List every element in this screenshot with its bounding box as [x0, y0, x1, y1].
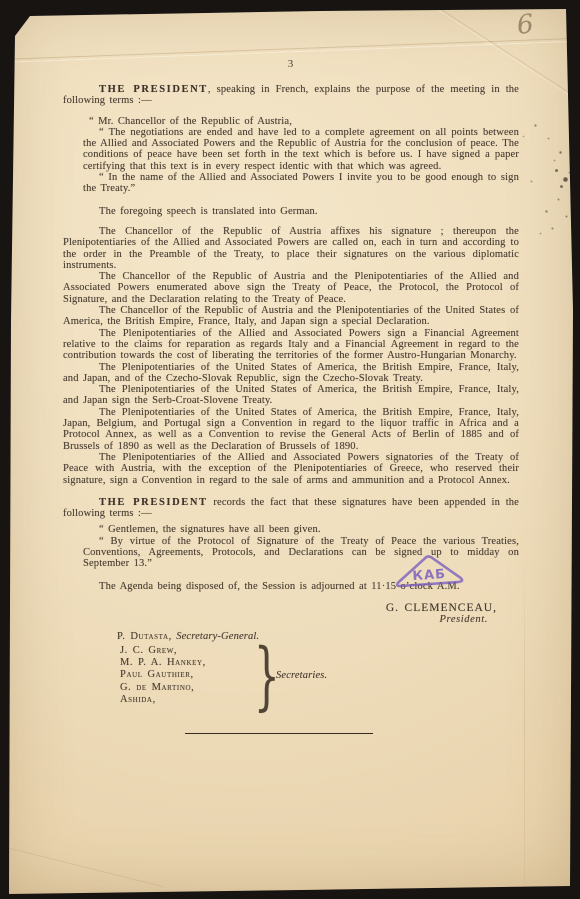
- paragraph-body: The Plenipotentiaries of the Allied and …: [63, 452, 519, 486]
- paragraph-records: THE PRESIDENT records the fact that thes…: [63, 497, 519, 520]
- secretary-name: M. P. A. Hankey,: [120, 657, 248, 669]
- stamp-text: КАБ: [412, 567, 447, 584]
- secretary-name: J. C. Grew,: [120, 645, 248, 657]
- secretary-name: Paul Gauthier,: [120, 669, 248, 681]
- president-name: G. CLEMENCEAU,: [63, 603, 519, 614]
- cyrillic-triangle-stamp: КАБ: [390, 549, 469, 594]
- speech-invitation: “ In the name of the Allied and Associat…: [83, 172, 519, 195]
- brace-glyph: }: [254, 646, 268, 706]
- speech-gentlemen: “ Gentlemen, the signatures have all bee…: [83, 524, 519, 535]
- speaker-label: THE PRESIDENT: [99, 497, 208, 508]
- page-number: 3: [63, 58, 519, 70]
- paragraph-body: The Chancellor of the Republic of Austri…: [63, 271, 519, 305]
- paragraph-body: The Plenipotentiaries of the Allied and …: [63, 328, 519, 362]
- secretaries-block: J. C. Grew, M. P. A. Hankey, Paul Gauthi…: [120, 645, 519, 706]
- secretary-name: G. de Martino,: [120, 682, 248, 694]
- paragraph-body: The Chancellor of the Republic of Austri…: [63, 305, 519, 328]
- paragraph-opening: THE PRESIDENT, speaking in French, expla…: [63, 84, 519, 107]
- secretary-general-title: Secretary-General.: [176, 631, 259, 642]
- president-signature: G. CLEMENCEAU, President.: [63, 603, 519, 626]
- secretary-general-name: P. Dutasta,: [117, 631, 172, 642]
- paragraph-translated: The foregoing speech is translated into …: [63, 206, 519, 217]
- secretary-general-line: P. Dutasta, Secretary-General.: [117, 631, 519, 642]
- scanned-paper-sheet: 6 3 THE PRESIDENT, speaking in French, e…: [0, 0, 580, 899]
- ink-speckles: [0, 0, 1, 1]
- proceedings-block: The Chancellor of the Republic of Austri…: [63, 226, 519, 486]
- document-body: THE PRESIDENT, speaking in French, expla…: [63, 84, 519, 734]
- secretaries-names: J. C. Grew, M. P. A. Hankey, Paul Gauthi…: [120, 645, 248, 706]
- closing-rule: [185, 733, 373, 734]
- speech-negotiations: “ The negotiations are ended and have le…: [83, 127, 519, 172]
- paper-crease-bottom-left: [0, 838, 164, 888]
- secretary-name: Ashida,: [120, 694, 248, 706]
- quoted-speech-block: “ Mr. Chancellor of the Republic of Aust…: [83, 116, 519, 195]
- president-title: President.: [63, 614, 519, 625]
- paragraph-body: The Plenipotentiaries of the United Stat…: [63, 362, 519, 385]
- paragraph-body: The Chancellor of the Republic of Austri…: [63, 226, 519, 271]
- speaker-label: THE PRESIDENT: [99, 84, 208, 95]
- paper-crease-right: [524, 540, 525, 899]
- speech-salutation: “ Mr. Chancellor of the Republic of Aust…: [83, 116, 519, 127]
- paragraph-body: The Plenipotentiaries of the United Stat…: [63, 407, 519, 452]
- handwritten-page-number: 6: [515, 9, 535, 41]
- secretaries-label: Secretaries.: [276, 670, 327, 681]
- paragraph-body: The Plenipotentiaries of the United Stat…: [63, 384, 519, 407]
